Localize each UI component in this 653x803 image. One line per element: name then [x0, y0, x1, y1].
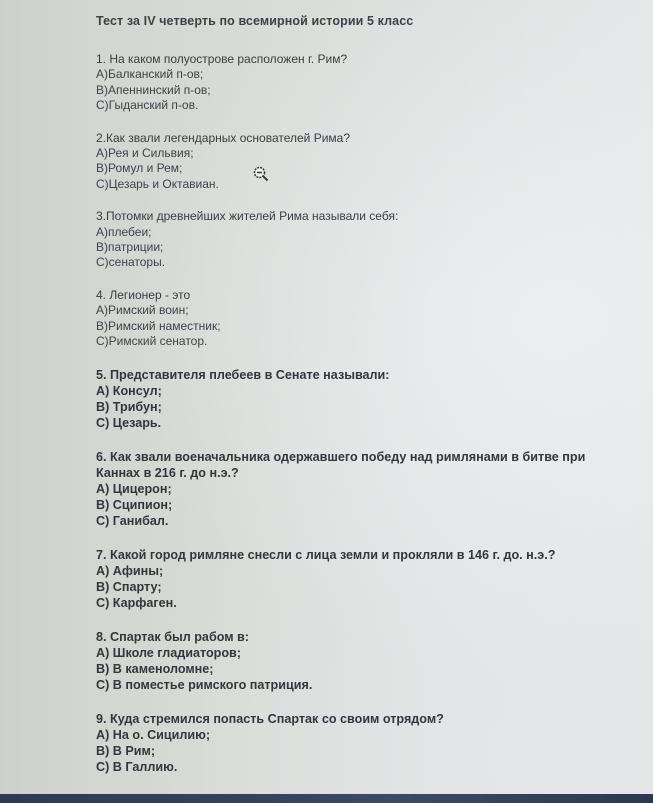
answer-option-a: А) На о. Сицилию;	[96, 727, 636, 743]
answer-option-b: В)патриции;	[96, 240, 636, 255]
answer-option-a: А) Афины;	[96, 563, 636, 579]
answer-option-b: В)Ромул и Рем;	[96, 161, 636, 176]
question-text: 3.Потомки древнейших жителей Рима называ…	[96, 209, 636, 224]
question-4: 4. Легионер - это А)Римский воин; В)Римс…	[96, 288, 636, 350]
question-7: 7. Какой город римляне снесли с лица зем…	[96, 547, 636, 611]
answer-option-c: С) Карфаген.	[96, 595, 636, 611]
answer-option-a: А)плебеи;	[96, 225, 636, 240]
answer-option-c: С)Гыданский п-ов.	[96, 98, 636, 113]
question-1: 1. На каком полуострове расположен г. Ри…	[96, 52, 636, 114]
answer-option-b: В) В Рим;	[96, 743, 636, 759]
answer-option-a: А)Рея и Сильвия;	[96, 146, 636, 161]
document-title: Тест за IV четверть по всемирной истории…	[96, 14, 636, 28]
answer-option-b: В)Апеннинский п-ов;	[96, 83, 636, 98]
answer-option-c: С) Цезарь.	[96, 415, 636, 431]
question-3: 3.Потомки древнейших жителей Рима называ…	[96, 209, 636, 271]
answer-option-c: С) Ганибал.	[96, 513, 636, 529]
zoom-out-cursor-icon	[253, 166, 269, 182]
question-text: 1. На каком полуострове расположен г. Ри…	[96, 52, 636, 67]
question-text: 7. Какой город римляне снесли с лица зем…	[96, 547, 636, 563]
answer-option-a: А) Консул;	[96, 383, 636, 399]
answer-option-b: В) В каменоломне;	[96, 661, 636, 677]
question-8: 8. Спартак был рабом в: А) Школе гладиат…	[96, 629, 636, 693]
answer-option-c: С) В Галлию.	[96, 759, 636, 775]
answer-option-c: С)Цезарь и Октавиан.	[96, 177, 636, 192]
answer-option-b: В)Римский наместник;	[96, 319, 636, 334]
answer-option-a: А) Школе гладиаторов;	[96, 645, 636, 661]
answer-option-c: С)Римский сенатор.	[96, 334, 636, 349]
answer-option-b: В) Сципион;	[96, 497, 636, 513]
question-text: 6. Как звали военачальника одержавшего п…	[96, 449, 626, 481]
answer-option-a: А)Римский воин;	[96, 303, 636, 318]
question-9: 9. Куда стремился попасть Спартак со сво…	[96, 711, 636, 775]
answer-option-b: В) Спарту;	[96, 579, 636, 595]
question-2: 2.Как звали легендарных основателей Рима…	[96, 131, 636, 193]
photographed-screen: Тест за IV четверть по всемирной истории…	[0, 0, 653, 794]
answer-option-a: А)Балканский п-ов;	[96, 67, 636, 82]
answer-option-a: А) Цицерон;	[96, 481, 636, 497]
question-text: 4. Легионер - это	[96, 288, 636, 303]
question-6: 6. Как звали военачальника одержавшего п…	[96, 449, 636, 529]
question-text: 2.Как звали легендарных основателей Рима…	[96, 131, 636, 146]
answer-option-b: В) Трибун;	[96, 399, 636, 415]
question-text: 8. Спартак был рабом в:	[96, 629, 636, 645]
test-document: Тест за IV четверть по всемирной истории…	[96, 14, 636, 793]
answer-option-c: С)сенаторы.	[96, 255, 636, 270]
answer-option-c: С) В поместье римского патриция.	[96, 677, 636, 693]
question-5: 5. Представителя плебеев в Сенате называ…	[96, 367, 636, 431]
question-text: 5. Представителя плебеев в Сенате называ…	[96, 367, 636, 383]
question-text: 9. Куда стремился попасть Спартак со сво…	[96, 711, 636, 727]
monitor-bezel	[0, 794, 653, 803]
